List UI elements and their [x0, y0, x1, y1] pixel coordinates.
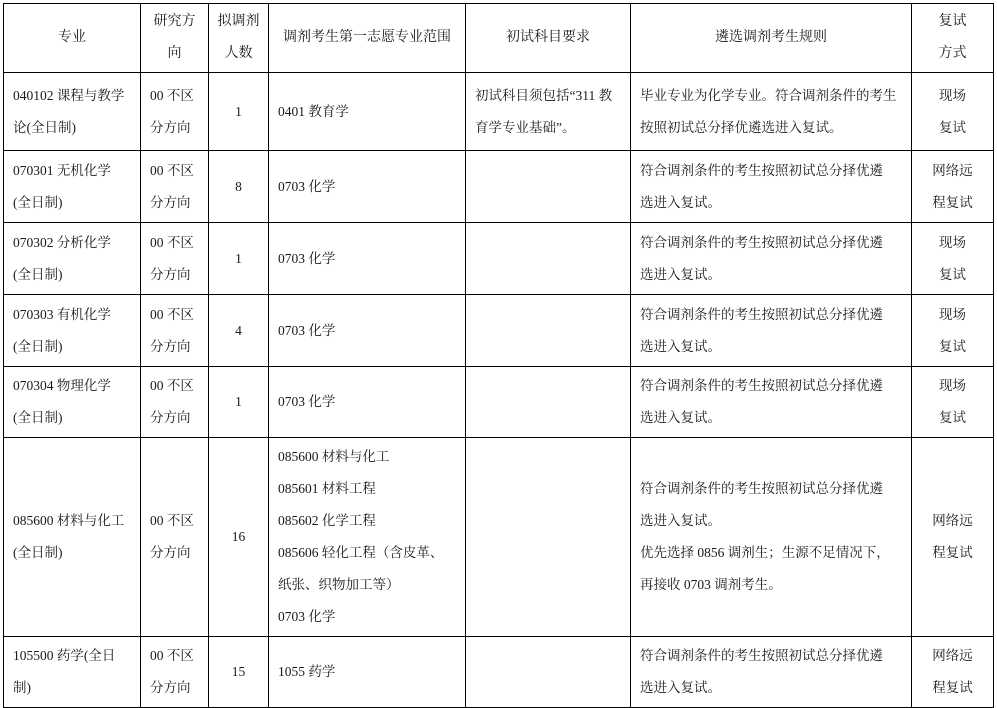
cell-line: 毕业专业为化学专业。符合调剂条件的考生: [640, 80, 903, 112]
cell-selection-rules: 符合调剂条件的考生按照初试总分择优遴选进入复试。: [631, 295, 912, 367]
cell-line: 再接收 0703 调剂考生。: [640, 569, 903, 601]
cell-selection-rules: 毕业专业为化学专业。符合调剂条件的考生按照初试总分择优遴选进入复试。: [631, 73, 912, 151]
cell-line: 研究方: [143, 6, 206, 38]
cell-line: 00 不区: [150, 299, 200, 331]
cell-line: 00 不区: [150, 505, 200, 537]
cell-line: 复试: [914, 402, 991, 434]
cell-line: 复试: [914, 112, 991, 144]
cell-first-choice-scope: 0703 化学: [269, 367, 466, 438]
cell-line: 网络远: [914, 505, 991, 537]
cell-line: 现场: [914, 370, 991, 402]
cell-line: 00 不区: [150, 370, 200, 402]
cell-retest-method: 网络远程复试: [912, 637, 994, 708]
cell-line: 初试科目须包括“311 教: [475, 80, 622, 112]
table-row: 070301 无机化学(全日制) 00 不区分方向 8 0703 化学 符合调剂…: [4, 151, 994, 223]
cell-major: 105500 药学(全日制): [4, 637, 141, 708]
cell-selection-rules: 符合调剂条件的考生按照初试总分择优遴选进入复试。: [631, 637, 912, 708]
cell-line: 070304 物理化学: [13, 370, 132, 402]
cell-line: (全日制): [13, 402, 132, 434]
cell-line: 网络远: [914, 155, 991, 187]
adjustment-table-page: 专业 研究方向 拟调剂人数 调剂考生第一志愿专业范围 初试科目要求 遴选调剂考生…: [0, 0, 997, 708]
cell-research-direction: 00 不区分方向: [141, 367, 209, 438]
cell-major: 070302 分析化学(全日制): [4, 223, 141, 295]
cell-first-choice-scope: 0703 化学: [269, 223, 466, 295]
cell-selection-rules: 符合调剂条件的考生按照初试总分择优遴选进入复试。: [631, 223, 912, 295]
cell-line: 现场: [914, 227, 991, 259]
cell-line: 085602 化学工程: [278, 505, 457, 537]
cell-retest-method: 网络远程复试: [912, 151, 994, 223]
cell-research-direction: 00 不区分方向: [141, 637, 209, 708]
cell-line: 向: [143, 38, 206, 70]
cell-selection-rules: 符合调剂条件的考生按照初试总分择优遴选进入复试。优先选择 0856 调剂生；生源…: [631, 438, 912, 637]
cell-planned-count: 15: [209, 637, 269, 708]
cell-line: 分方向: [150, 672, 200, 704]
cell-first-choice-scope: 0401 教育学: [269, 73, 466, 151]
cell-major: 070304 物理化学(全日制): [4, 367, 141, 438]
cell-research-direction: 00 不区分方向: [141, 295, 209, 367]
cell-line: 符合调剂条件的考生按照初试总分择优遴: [640, 227, 903, 259]
table-body: 040102 课程与教学论(全日制) 00 不区分方向 1 0401 教育学 初…: [4, 73, 994, 708]
cell-line: 程复试: [914, 537, 991, 569]
cell-exam-requirement: 初试科目须包括“311 教育学专业基础”。: [466, 73, 631, 151]
cell-line: 0703 化学: [278, 601, 457, 633]
cell-retest-method: 现场复试: [912, 295, 994, 367]
cell-line: 选进入复试。: [640, 259, 903, 291]
header-first-choice-scope: 调剂考生第一志愿专业范围: [269, 4, 466, 73]
cell-line: 纸张、织物加工等）: [278, 569, 457, 601]
cell-exam-requirement: [466, 295, 631, 367]
cell-line: 程复试: [914, 187, 991, 219]
cell-line: 040102 课程与教学: [13, 80, 132, 112]
cell-major: 070301 无机化学(全日制): [4, 151, 141, 223]
cell-line: 现场: [914, 299, 991, 331]
cell-line: 人数: [211, 38, 266, 70]
cell-line: 优先选择 0856 调剂生；生源不足情况下，: [640, 537, 903, 569]
cell-first-choice-scope: 085600 材料与化工085601 材料工程085602 化学工程085606…: [269, 438, 466, 637]
cell-planned-count: 16: [209, 438, 269, 637]
header-major: 专业: [4, 4, 141, 73]
cell-line: 分方向: [150, 537, 200, 569]
cell-planned-count: 8: [209, 151, 269, 223]
cell-line: 00 不区: [150, 155, 200, 187]
cell-line: (全日制): [13, 259, 132, 291]
cell-line: 复试: [914, 331, 991, 363]
cell-line: 初试科目要求: [468, 22, 628, 54]
cell-first-choice-scope: 1055 药学: [269, 637, 466, 708]
header-research-direction: 研究方向: [141, 4, 209, 73]
cell-line: (全日制): [13, 331, 132, 363]
cell-line: 符合调剂条件的考生按照初试总分择优遴: [640, 299, 903, 331]
cell-line: 085606 轻化工程（含皮革、: [278, 537, 457, 569]
cell-line: 专业: [6, 22, 138, 54]
cell-line: 选进入复试。: [640, 505, 903, 537]
cell-line: (全日制): [13, 537, 132, 569]
cell-line: 复试: [914, 259, 991, 291]
cell-line: 按照初试总分择优遴选进入复试。: [640, 112, 903, 144]
cell-line: 分方向: [150, 187, 200, 219]
cell-line: 调剂考生第一志愿专业范围: [271, 22, 463, 54]
table-row: 085600 材料与化工(全日制) 00 不区分方向 16 085600 材料与…: [4, 438, 994, 637]
cell-line: 符合调剂条件的考生按照初试总分择优遴: [640, 370, 903, 402]
header-row: 专业 研究方向 拟调剂人数 调剂考生第一志愿专业范围 初试科目要求 遴选调剂考生…: [4, 4, 994, 73]
cell-exam-requirement: [466, 637, 631, 708]
cell-line: 0703 化学: [278, 386, 457, 418]
cell-retest-method: 现场复试: [912, 223, 994, 295]
cell-exam-requirement: [466, 438, 631, 637]
cell-line: 分方向: [150, 331, 200, 363]
cell-line: 00 不区: [150, 640, 200, 672]
cell-major: 040102 课程与教学论(全日制): [4, 73, 141, 151]
cell-research-direction: 00 不区分方向: [141, 73, 209, 151]
header-exam-requirement: 初试科目要求: [466, 4, 631, 73]
cell-line: 论(全日制): [13, 112, 132, 144]
cell-exam-requirement: [466, 151, 631, 223]
cell-line: 网络远: [914, 640, 991, 672]
cell-line: 选进入复试。: [640, 402, 903, 434]
cell-line: 0703 化学: [278, 243, 457, 275]
cell-line: 选进入复试。: [640, 672, 903, 704]
cell-major: 070303 有机化学(全日制): [4, 295, 141, 367]
cell-selection-rules: 符合调剂条件的考生按照初试总分择优遴选进入复试。: [631, 367, 912, 438]
cell-line: 程复试: [914, 672, 991, 704]
cell-line: 遴选调剂考生规则: [633, 22, 909, 54]
cell-line: 085600 材料与化工: [278, 441, 457, 473]
cell-line: 070301 无机化学: [13, 155, 132, 187]
cell-exam-requirement: [466, 367, 631, 438]
cell-line: 00 不区: [150, 80, 200, 112]
table-row: 070304 物理化学(全日制) 00 不区分方向 1 0703 化学 符合调剂…: [4, 367, 994, 438]
cell-retest-method: 现场复试: [912, 73, 994, 151]
cell-line: 符合调剂条件的考生按照初试总分择优遴: [640, 155, 903, 187]
cell-line: 分方向: [150, 259, 200, 291]
cell-line: 105500 药学(全日: [13, 640, 132, 672]
cell-line: 复试: [914, 6, 991, 38]
cell-line: 拟调剂: [211, 6, 266, 38]
cell-retest-method: 网络远程复试: [912, 438, 994, 637]
cell-line: 00 不区: [150, 227, 200, 259]
header-selection-rules: 遴选调剂考生规则: [631, 4, 912, 73]
cell-research-direction: 00 不区分方向: [141, 438, 209, 637]
cell-line: 符合调剂条件的考生按照初试总分择优遴: [640, 640, 903, 672]
cell-first-choice-scope: 0703 化学: [269, 151, 466, 223]
cell-major: 085600 材料与化工(全日制): [4, 438, 141, 637]
cell-planned-count: 1: [209, 223, 269, 295]
header-retest-method: 复试方式: [912, 4, 994, 73]
table-row: 070302 分析化学(全日制) 00 不区分方向 1 0703 化学 符合调剂…: [4, 223, 994, 295]
cell-line: 085601 材料工程: [278, 473, 457, 505]
cell-line: 分方向: [150, 402, 200, 434]
cell-line: 符合调剂条件的考生按照初试总分择优遴: [640, 473, 903, 505]
cell-selection-rules: 符合调剂条件的考生按照初试总分择优遴选进入复试。: [631, 151, 912, 223]
cell-first-choice-scope: 0703 化学: [269, 295, 466, 367]
cell-planned-count: 1: [209, 73, 269, 151]
cell-line: 选进入复试。: [640, 187, 903, 219]
cell-line: 1055 药学: [278, 656, 457, 688]
cell-line: (全日制): [13, 187, 132, 219]
header-planned-count: 拟调剂人数: [209, 4, 269, 73]
cell-line: 制): [13, 672, 132, 704]
cell-line: 方式: [914, 38, 991, 70]
cell-line: 0703 化学: [278, 315, 457, 347]
table-row: 070303 有机化学(全日制) 00 不区分方向 4 0703 化学 符合调剂…: [4, 295, 994, 367]
cell-retest-method: 现场复试: [912, 367, 994, 438]
cell-line: 070303 有机化学: [13, 299, 132, 331]
cell-line: 育学专业基础”。: [475, 112, 622, 144]
table-row: 040102 课程与教学论(全日制) 00 不区分方向 1 0401 教育学 初…: [4, 73, 994, 151]
cell-line: 070302 分析化学: [13, 227, 132, 259]
cell-line: 分方向: [150, 112, 200, 144]
cell-research-direction: 00 不区分方向: [141, 223, 209, 295]
cell-line: 0401 教育学: [278, 96, 457, 128]
cell-exam-requirement: [466, 223, 631, 295]
cell-line: 现场: [914, 80, 991, 112]
cell-research-direction: 00 不区分方向: [141, 151, 209, 223]
cell-line: 085600 材料与化工: [13, 505, 132, 537]
cell-line: 0703 化学: [278, 171, 457, 203]
adjustment-table: 专业 研究方向 拟调剂人数 调剂考生第一志愿专业范围 初试科目要求 遴选调剂考生…: [3, 3, 994, 708]
cell-planned-count: 1: [209, 367, 269, 438]
table-row: 105500 药学(全日制) 00 不区分方向 15 1055 药学 符合调剂条…: [4, 637, 994, 708]
cell-planned-count: 4: [209, 295, 269, 367]
cell-line: 选进入复试。: [640, 331, 903, 363]
